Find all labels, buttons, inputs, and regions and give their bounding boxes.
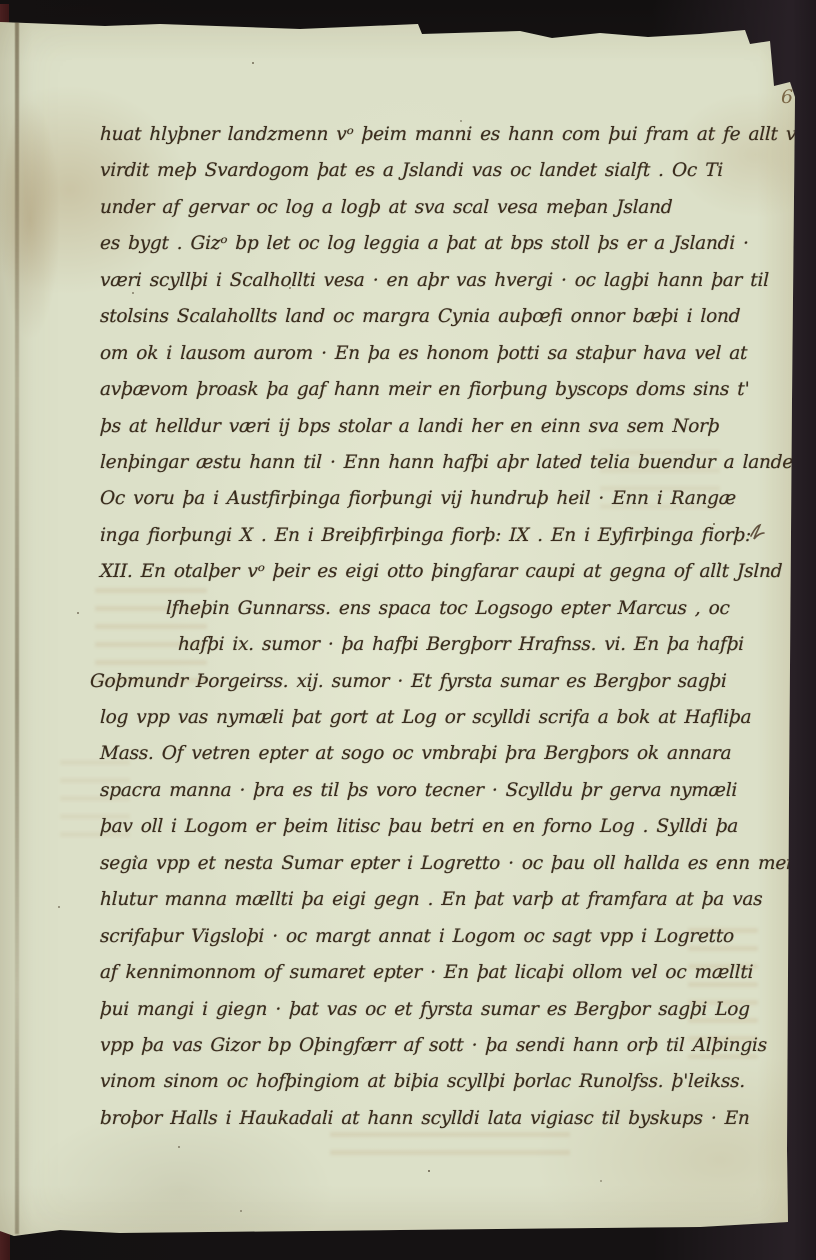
photograph-background: huat hlyþner landzmenn vᵒ þeim manni es … (0, 0, 816, 1260)
dust-specks (0, 0, 2, 2)
manuscript-line: þav oll i Logom er þeim litisc þau betri… (100, 809, 751, 845)
manuscript-line: inga fiorþungi X . En i Breiþfirþinga fi… (100, 518, 751, 554)
ink-flourish-mark (748, 522, 766, 542)
manuscript-line: lfheþin Gunnarss. ens spaca toc Logsogo … (166, 591, 751, 627)
binding-crease (15, 22, 19, 1234)
manuscript-line: þui mangi i giegn · þat vas oc et fyrsta… (100, 992, 751, 1028)
manuscript-line: hlutur manna mællti þa eigi gegn . En þa… (100, 882, 751, 918)
manuscript-line: virdit meþ Svardogom þat es a Jslandi va… (100, 153, 751, 189)
manuscript-line: Oc voru þa i Austfirþinga fiorþungi vij … (100, 481, 751, 517)
manuscript-line: broþor Halls i Haukadali at hann scylldi… (100, 1101, 751, 1137)
text-block: huat hlyþner landzmenn vᵒ þeim manni es … (100, 117, 750, 1137)
manuscript-line: under af gervar oc log a logþ at sva sca… (100, 190, 751, 226)
manuscript-line: vpp þa vas Gizor bp Oþingfærr af sott · … (100, 1028, 751, 1064)
manuscript-line: Mass. Of vetren epter at sogo oc vmbraþi… (100, 736, 751, 772)
manuscript-line: vinom sinom oc hofþingiom at biþia scyll… (100, 1064, 751, 1100)
manuscript-line: es bygt . Gizᵒ bp let oc log leggia a þa… (100, 226, 751, 262)
manuscript-line: hafþi ix. sumor · þa hafþi Bergþorr Hraf… (178, 627, 751, 663)
manuscript-line: om ok i lausom aurom · En þa es honom þo… (100, 336, 751, 372)
manuscript-line: spacra manna · þra es til þs voro tecner… (100, 773, 751, 809)
manuscript-line: lenþingar æstu hann til · Enn hann hafþi… (100, 445, 751, 481)
damp-stain (0, 60, 60, 380)
folio-number: 6 (781, 86, 793, 108)
manuscript-line: avþævom þroask þa gaf hann meir en fiorþ… (100, 372, 751, 408)
manuscript-line: XII. En otalþer vᵒ þeir es eigi otto þin… (100, 554, 751, 590)
manuscript-line: Goþmundr Þorgeirss. xij. sumor · Et fyrs… (90, 664, 751, 700)
manuscript-line: þs at helldur væri ij bps stolar a landi… (100, 409, 751, 445)
manuscript-line: segia vpp et nesta Sumar epter i Logrett… (100, 846, 751, 882)
manuscript-line: log vpp vas nymæli þat gort at Log or sc… (100, 700, 751, 736)
manuscript-line: huat hlyþner landzmenn vᵒ þeim manni es … (100, 117, 751, 153)
manuscript-line: af kennimonnom of sumaret epter · En þat… (100, 955, 751, 991)
manuscript-line: scrifaþur Vigsloþi · oc margt annat i Lo… (100, 919, 751, 955)
manuscript-page: huat hlyþner landzmenn vᵒ þeim manni es … (0, 0, 816, 1260)
manuscript-line: væri scyllþi i Scalhollti vesa · en aþr … (100, 263, 751, 299)
manuscript-line: stolsins Scalahollts land oc margra Cyni… (100, 299, 751, 335)
